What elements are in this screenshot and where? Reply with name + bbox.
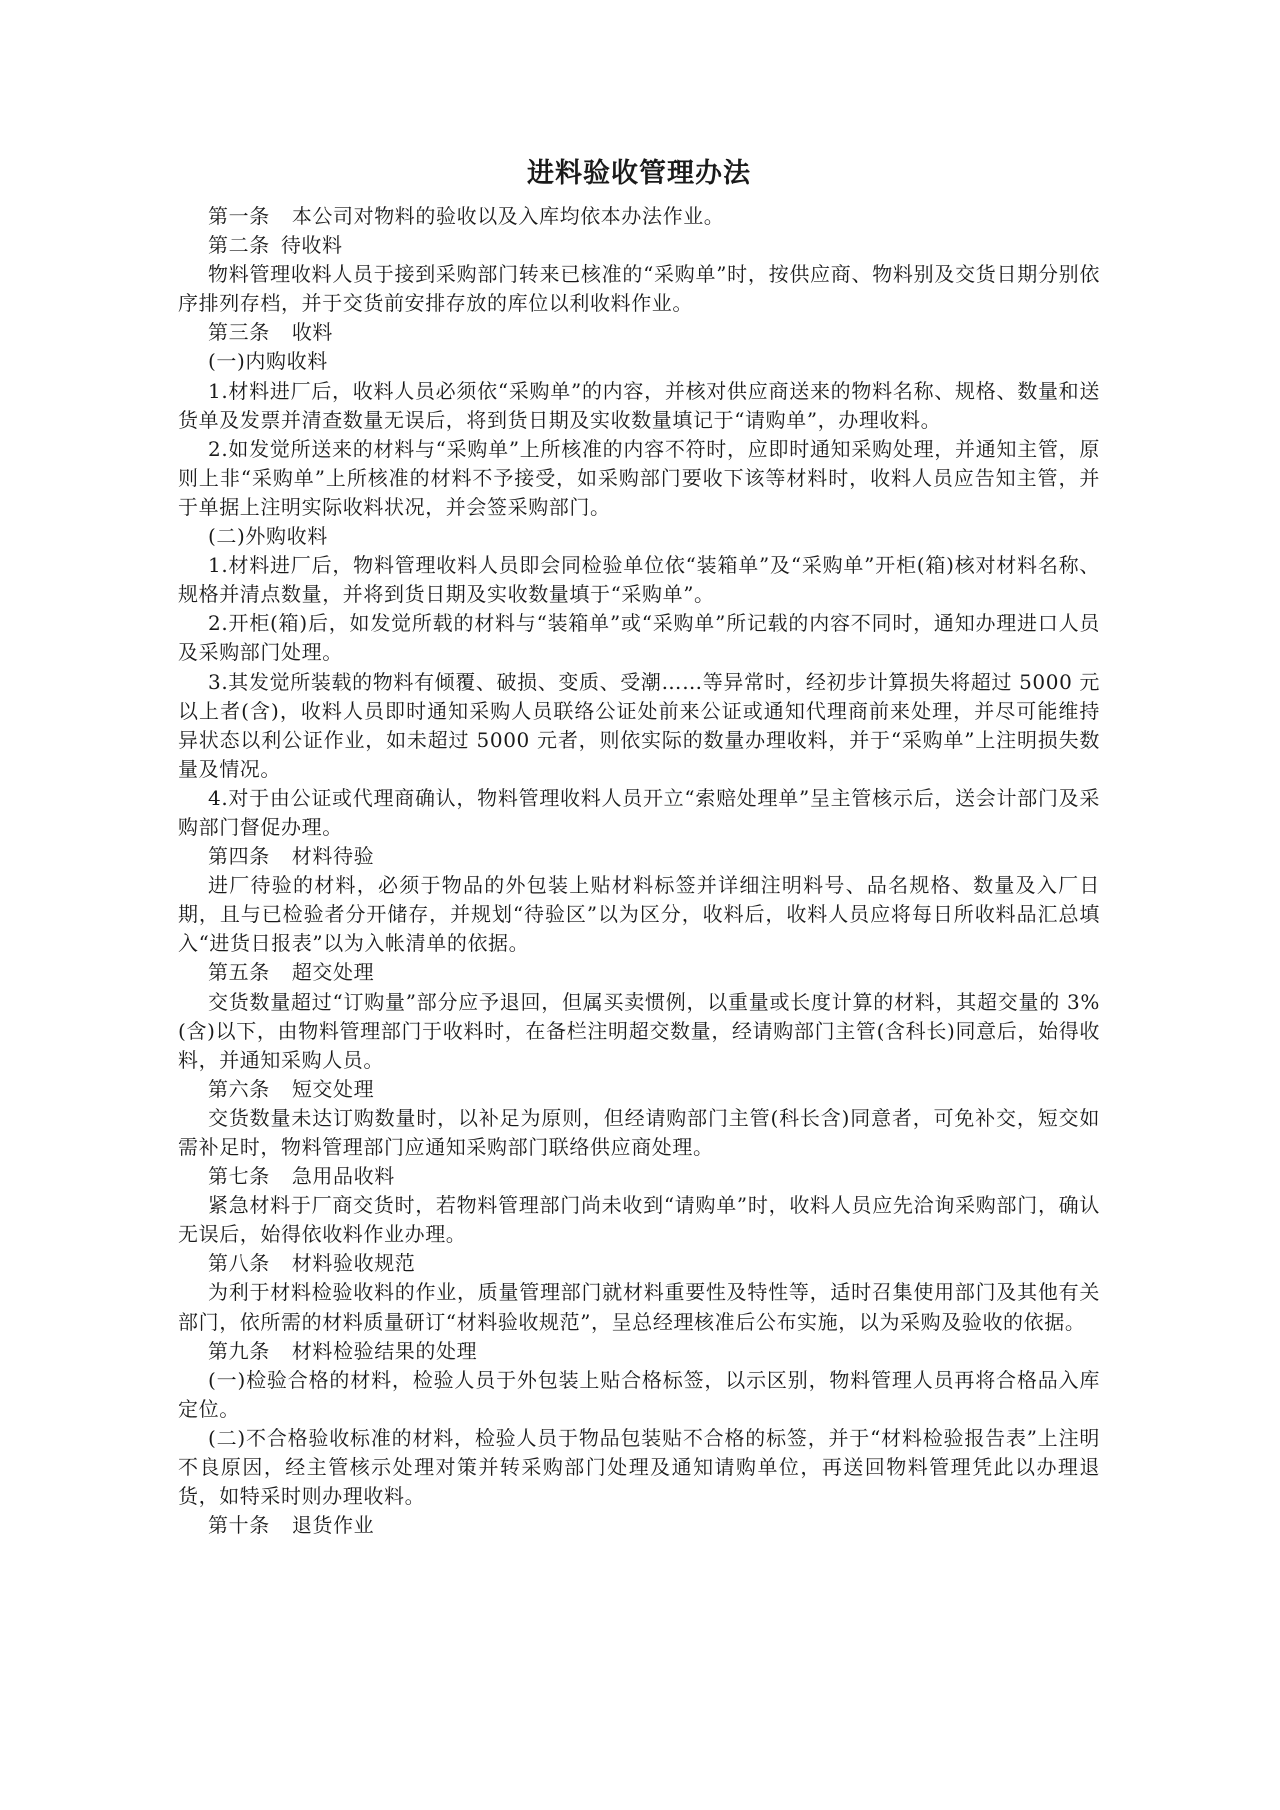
paragraph: 2.如发觉所送来的材料与“采购单”上所核准的内容不符时，应即时通知采购处理，并通… — [178, 435, 1100, 522]
article-label: 第二条 — [208, 233, 270, 257]
paragraph: (二)外购收料 — [178, 522, 1100, 551]
article-text: 退货作业 — [292, 1513, 374, 1537]
article-label: 第八条 — [208, 1251, 270, 1275]
article-text: 材料待验 — [292, 844, 374, 868]
article-3: 第三条收料 — [178, 318, 1100, 347]
article-label: 第六条 — [208, 1077, 270, 1101]
document-body: 第一条本公司对物料的验收以及入库均依本办法作业。 第二条待收料 物料管理收料人员… — [178, 202, 1100, 1540]
paragraph: 2.开柜(箱)后，如发觉所载的材料与“装箱单”或“采购单”所记载的内容不同时，通… — [178, 609, 1100, 667]
article-8: 第八条材料验收规范 — [178, 1249, 1100, 1278]
article-text: 急用品收料 — [292, 1164, 395, 1188]
paragraph: 1.材料进厂后，收料人员必须依“采购单”的内容，并核对供应商送来的物料名称、规格… — [178, 377, 1100, 435]
article-5: 第五条超交处理 — [178, 958, 1100, 987]
article-label: 第九条 — [208, 1339, 270, 1363]
article-text: 收料 — [292, 320, 333, 344]
document-title: 进料验收管理办法 — [178, 154, 1100, 194]
paragraph: 紧急材料于厂商交货时，若物料管理部门尚未收到“请购单”时，收料人员应先洽询采购部… — [178, 1191, 1100, 1249]
article-7: 第七条急用品收料 — [178, 1162, 1100, 1191]
article-text: 材料验收规范 — [292, 1251, 416, 1275]
article-text: 材料检验结果的处理 — [292, 1339, 477, 1363]
paragraph: 交货数量超过“订购量”部分应予退回，但属买卖惯例，以重量或长度计算的材料，其超交… — [178, 988, 1100, 1075]
article-text: 超交处理 — [292, 960, 374, 984]
paragraph: (一)检验合格的材料，检验人员于外包装上贴合格标签，以示区别，物料管理人员再将合… — [178, 1366, 1100, 1424]
article-10: 第十条退货作业 — [178, 1511, 1100, 1540]
article-text: 本公司对物料的验收以及入库均依本办法作业。 — [292, 204, 725, 228]
article-label: 第五条 — [208, 960, 270, 984]
article-label: 第一条 — [208, 204, 270, 228]
article-9: 第九条材料检验结果的处理 — [178, 1337, 1100, 1366]
paragraph: 1.材料进厂后，物料管理收料人员即会同检验单位依“装箱单”及“采购单”开柜(箱)… — [178, 551, 1100, 609]
paragraph: 物料管理收料人员于接到采购部门转来已核准的“采购单”时，按供应商、物料别及交货日… — [178, 260, 1100, 318]
paragraph: 3.其发觉所装载的物料有倾覆、破损、变质、受潮……等异常时，经初步计算损失将超过… — [178, 668, 1100, 784]
article-6: 第六条短交处理 — [178, 1075, 1100, 1104]
article-label: 第十条 — [208, 1513, 270, 1537]
article-label: 第四条 — [208, 844, 270, 868]
article-label: 第三条 — [208, 320, 270, 344]
paragraph: 进厂待验的材料，必须于物品的外包装上贴材料标签并详细注明料号、品名规格、数量及入… — [178, 871, 1100, 958]
paragraph: 为利于材料检验收料的作业，质量管理部门就材料重要性及特性等，适时召集使用部门及其… — [178, 1278, 1100, 1336]
article-text: 待收料 — [281, 233, 343, 257]
article-1: 第一条本公司对物料的验收以及入库均依本办法作业。 — [178, 202, 1100, 231]
article-4: 第四条材料待验 — [178, 842, 1100, 871]
article-text: 短交处理 — [292, 1077, 374, 1101]
paragraph: 4.对于由公证或代理商确认，物料管理收料人员开立“索赔处理单”呈主管核示后，送会… — [178, 784, 1100, 842]
paragraph: (二)不合格验收标准的材料，检验人员于物品包装贴不合格的标签，并于“材料检验报告… — [178, 1424, 1100, 1511]
article-label: 第七条 — [208, 1164, 270, 1188]
paragraph: 交货数量未达订购数量时，以补足为原则，但经请购部门主管(科长含)同意者，可免补交… — [178, 1104, 1100, 1162]
article-2: 第二条待收料 — [178, 231, 1100, 260]
paragraph: (一)内购收料 — [178, 347, 1100, 376]
